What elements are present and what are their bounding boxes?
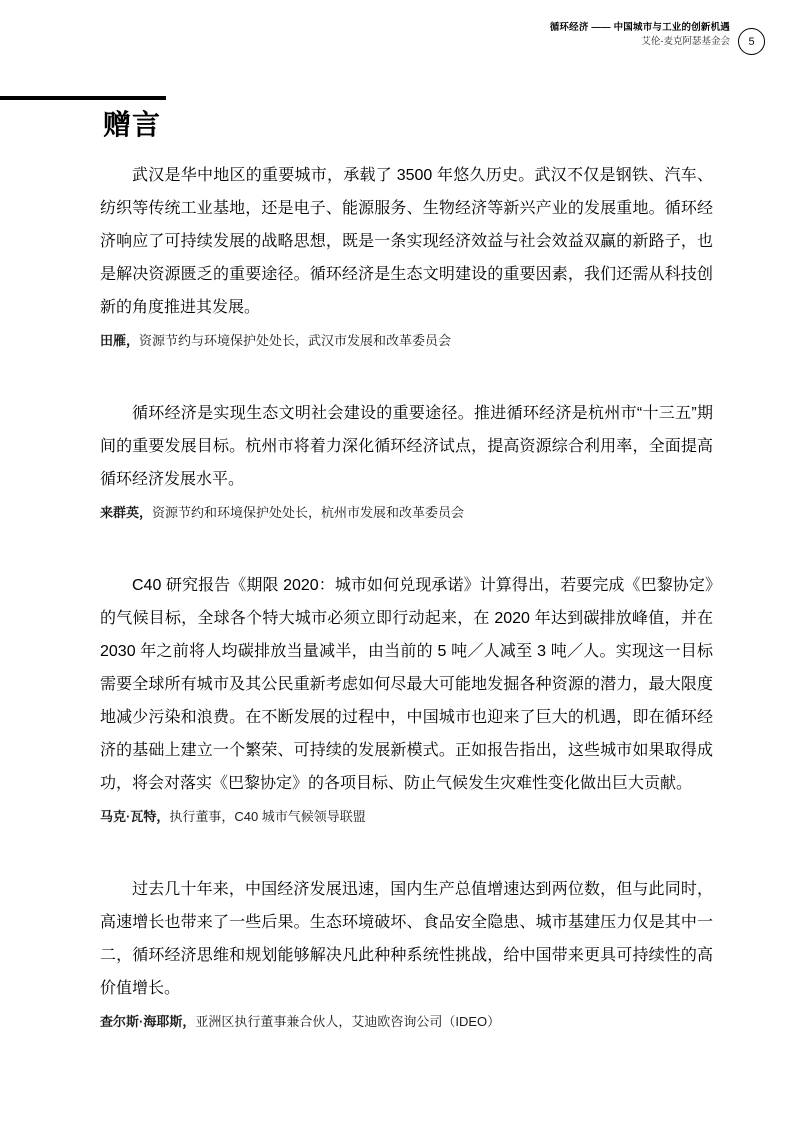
document-page: 循环经济 —— 中国城市与工业的创新机遇 艾伦-麦克阿瑟基金会 5 赠言 武汉是… — [0, 0, 793, 1122]
quote-block: C40 研究报告《期限 2020：城市如何兑现承诺》计算得出，若要完成《巴黎协定… — [100, 569, 713, 826]
quote-attribution: 查尔斯·海耶斯，亚洲区执行董事兼合伙人，艾迪欧咨询公司（IDEO） — [100, 1012, 713, 1031]
quote-role: 亚洲区执行董事兼合伙人，艾迪欧咨询公司（IDEO） — [195, 1014, 500, 1029]
quote-attribution: 田雁，资源节约与环境保护处处长，武汉市发展和改革委员会 — [100, 331, 713, 350]
quote-text: 过去几十年来，中国经济发展迅速，国内生产总值增速达到两位数，但与此同时，高速增长… — [100, 873, 713, 1005]
quote-role: 资源节约与环境保护处处长，武汉市发展和改革委员会 — [139, 333, 451, 348]
page-content: 赠言 武汉是华中地区的重要城市，承载了 3500 年悠久历史。武汉不仅是钢铁、汽… — [100, 103, 713, 1031]
quote-attribution: 来群英，资源节约和环境保护处处长，杭州市发展和改革委员会 — [100, 503, 713, 522]
quote-author: 马克·瓦特， — [100, 809, 169, 824]
quote-author: 来群英， — [100, 505, 152, 520]
quote-role: 执行董事，C40 城市气候领导联盟 — [169, 809, 365, 824]
page-number: 5 — [748, 36, 754, 48]
quote-text: C40 研究报告《期限 2020：城市如何兑现承诺》计算得出，若要完成《巴黎协定… — [100, 569, 713, 800]
header-org-name: 艾伦-麦克阿瑟基金会 — [550, 35, 730, 49]
quote-role: 资源节约和环境保护处处长，杭州市发展和改革委员会 — [152, 505, 464, 520]
quote-block: 循环经济是实现生态文明社会建设的重要途径。推进循环经济是杭州市“十三五”期间的重… — [100, 397, 713, 522]
section-title: 赠言 — [103, 103, 713, 143]
header-doc-title: 循环经济 —— 中国城市与工业的创新机遇 — [550, 21, 730, 35]
section-title-rule — [0, 96, 166, 100]
quote-block: 武汉是华中地区的重要城市，承载了 3500 年悠久历史。武汉不仅是钢铁、汽车、纺… — [100, 159, 713, 350]
quote-text: 武汉是华中地区的重要城市，承载了 3500 年悠久历史。武汉不仅是钢铁、汽车、纺… — [100, 159, 713, 324]
quote-author: 查尔斯·海耶斯， — [100, 1014, 195, 1029]
quote-text: 循环经济是实现生态文明社会建设的重要途径。推进循环经济是杭州市“十三五”期间的重… — [100, 397, 713, 496]
quote-author: 田雁， — [100, 333, 139, 348]
quote-attribution: 马克·瓦特，执行董事，C40 城市气候领导联盟 — [100, 807, 713, 826]
running-header: 循环经济 —— 中国城市与工业的创新机遇 艾伦-麦克阿瑟基金会 — [550, 21, 730, 49]
page-number-badge: 5 — [738, 28, 765, 55]
quote-block: 过去几十年来，中国经济发展迅速，国内生产总值增速达到两位数，但与此同时，高速增长… — [100, 873, 713, 1031]
